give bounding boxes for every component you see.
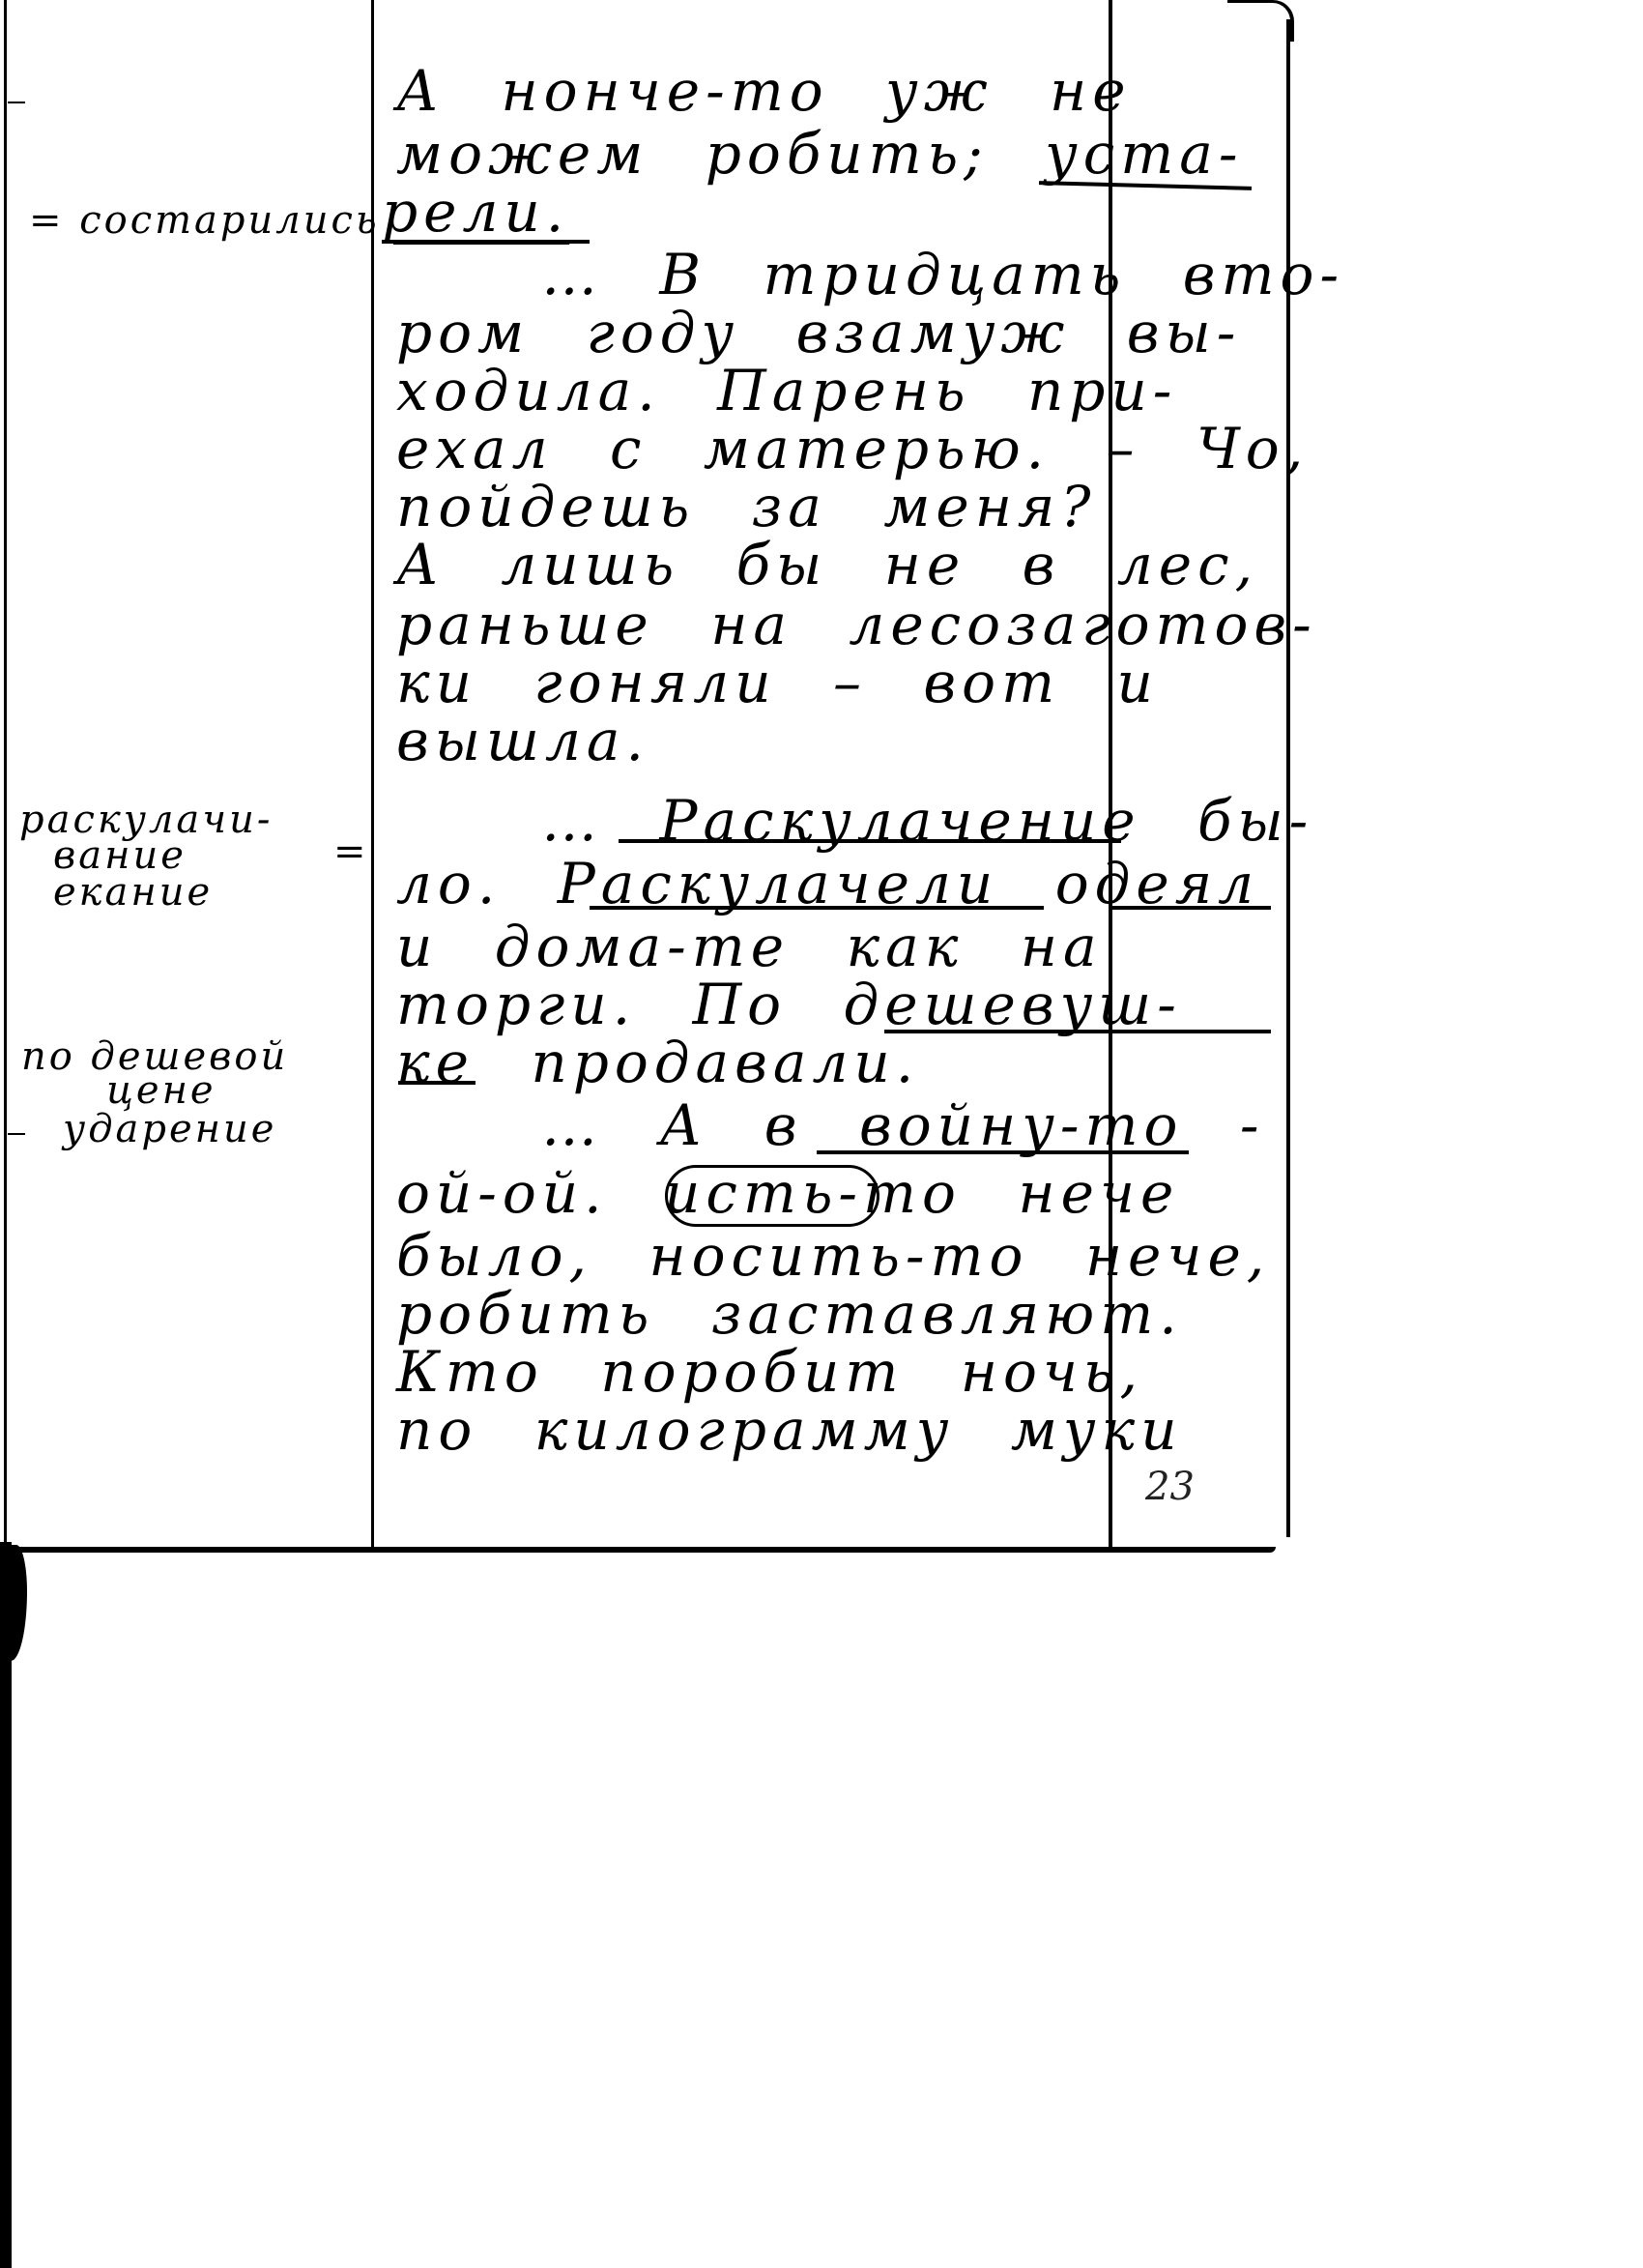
underline-raskulacheli bbox=[590, 906, 1044, 910]
margin-note-raskulachivanie-3: екание bbox=[53, 870, 213, 915]
text-line: … А в войну-то - bbox=[541, 1092, 1264, 1158]
text-line: было, носить-то нече, bbox=[396, 1223, 1270, 1289]
margin-tick bbox=[8, 1133, 25, 1135]
text-line: по килограмму муки bbox=[396, 1397, 1183, 1463]
text-line: рели. bbox=[382, 179, 569, 245]
left-page-border bbox=[4, 0, 7, 1547]
margin-note-sostarilis: = состарились bbox=[29, 198, 380, 243]
bottom-page-edge bbox=[0, 1547, 1276, 1553]
text-line: ки гоняли – вот и bbox=[396, 650, 1159, 715]
text-line: ке продавали. bbox=[396, 1030, 919, 1095]
page-corner bbox=[1227, 0, 1294, 42]
margin-note-deshevoi-3: ударение bbox=[63, 1107, 276, 1151]
text-line: вышла. bbox=[396, 708, 649, 773]
scan-shadow-blob bbox=[0, 1545, 27, 1661]
underline-raskulachenie bbox=[619, 839, 1121, 843]
underline-deshevush bbox=[884, 1030, 1271, 1033]
equals-mark: = bbox=[333, 829, 369, 874]
scanned-notebook-page: А нонче-то уж не можем робить; уста- рел… bbox=[0, 0, 1643, 2268]
text-line: раньше на лесозаготов- bbox=[396, 592, 1317, 657]
text-line: А лишь бы не в лес, bbox=[396, 532, 1258, 597]
text-line: … В тридцать вто- bbox=[541, 242, 1344, 307]
underline-ustareli-2 bbox=[382, 240, 590, 244]
underline-v-voinu bbox=[817, 1150, 1189, 1154]
text-line: робить заставляют. bbox=[396, 1281, 1183, 1347]
text-line: и дома-те как на bbox=[396, 914, 1103, 979]
text-line: пойдешь за меня? bbox=[396, 474, 1096, 539]
text-line: ехал с матерью. – Чо, bbox=[396, 416, 1309, 481]
underline-ke bbox=[398, 1081, 476, 1085]
text-line: можем робить; уста- bbox=[396, 121, 1243, 187]
text-line: торги. По дешевуш- bbox=[396, 972, 1182, 1037]
margin-tick bbox=[8, 102, 25, 103]
underline-odeyal bbox=[1111, 906, 1271, 910]
text-line: … Раскулачение бы- bbox=[541, 788, 1313, 854]
page-number: 23 bbox=[1145, 1465, 1195, 1509]
text-line: ром году взамуж вы- bbox=[396, 300, 1241, 365]
text-line: А нонче-то уж не bbox=[396, 58, 1132, 124]
circle-mark-ist bbox=[665, 1165, 879, 1227]
text-line: Кто поробит ночь, bbox=[396, 1339, 1143, 1405]
text-line: ходила. Парень при- bbox=[396, 358, 1177, 423]
